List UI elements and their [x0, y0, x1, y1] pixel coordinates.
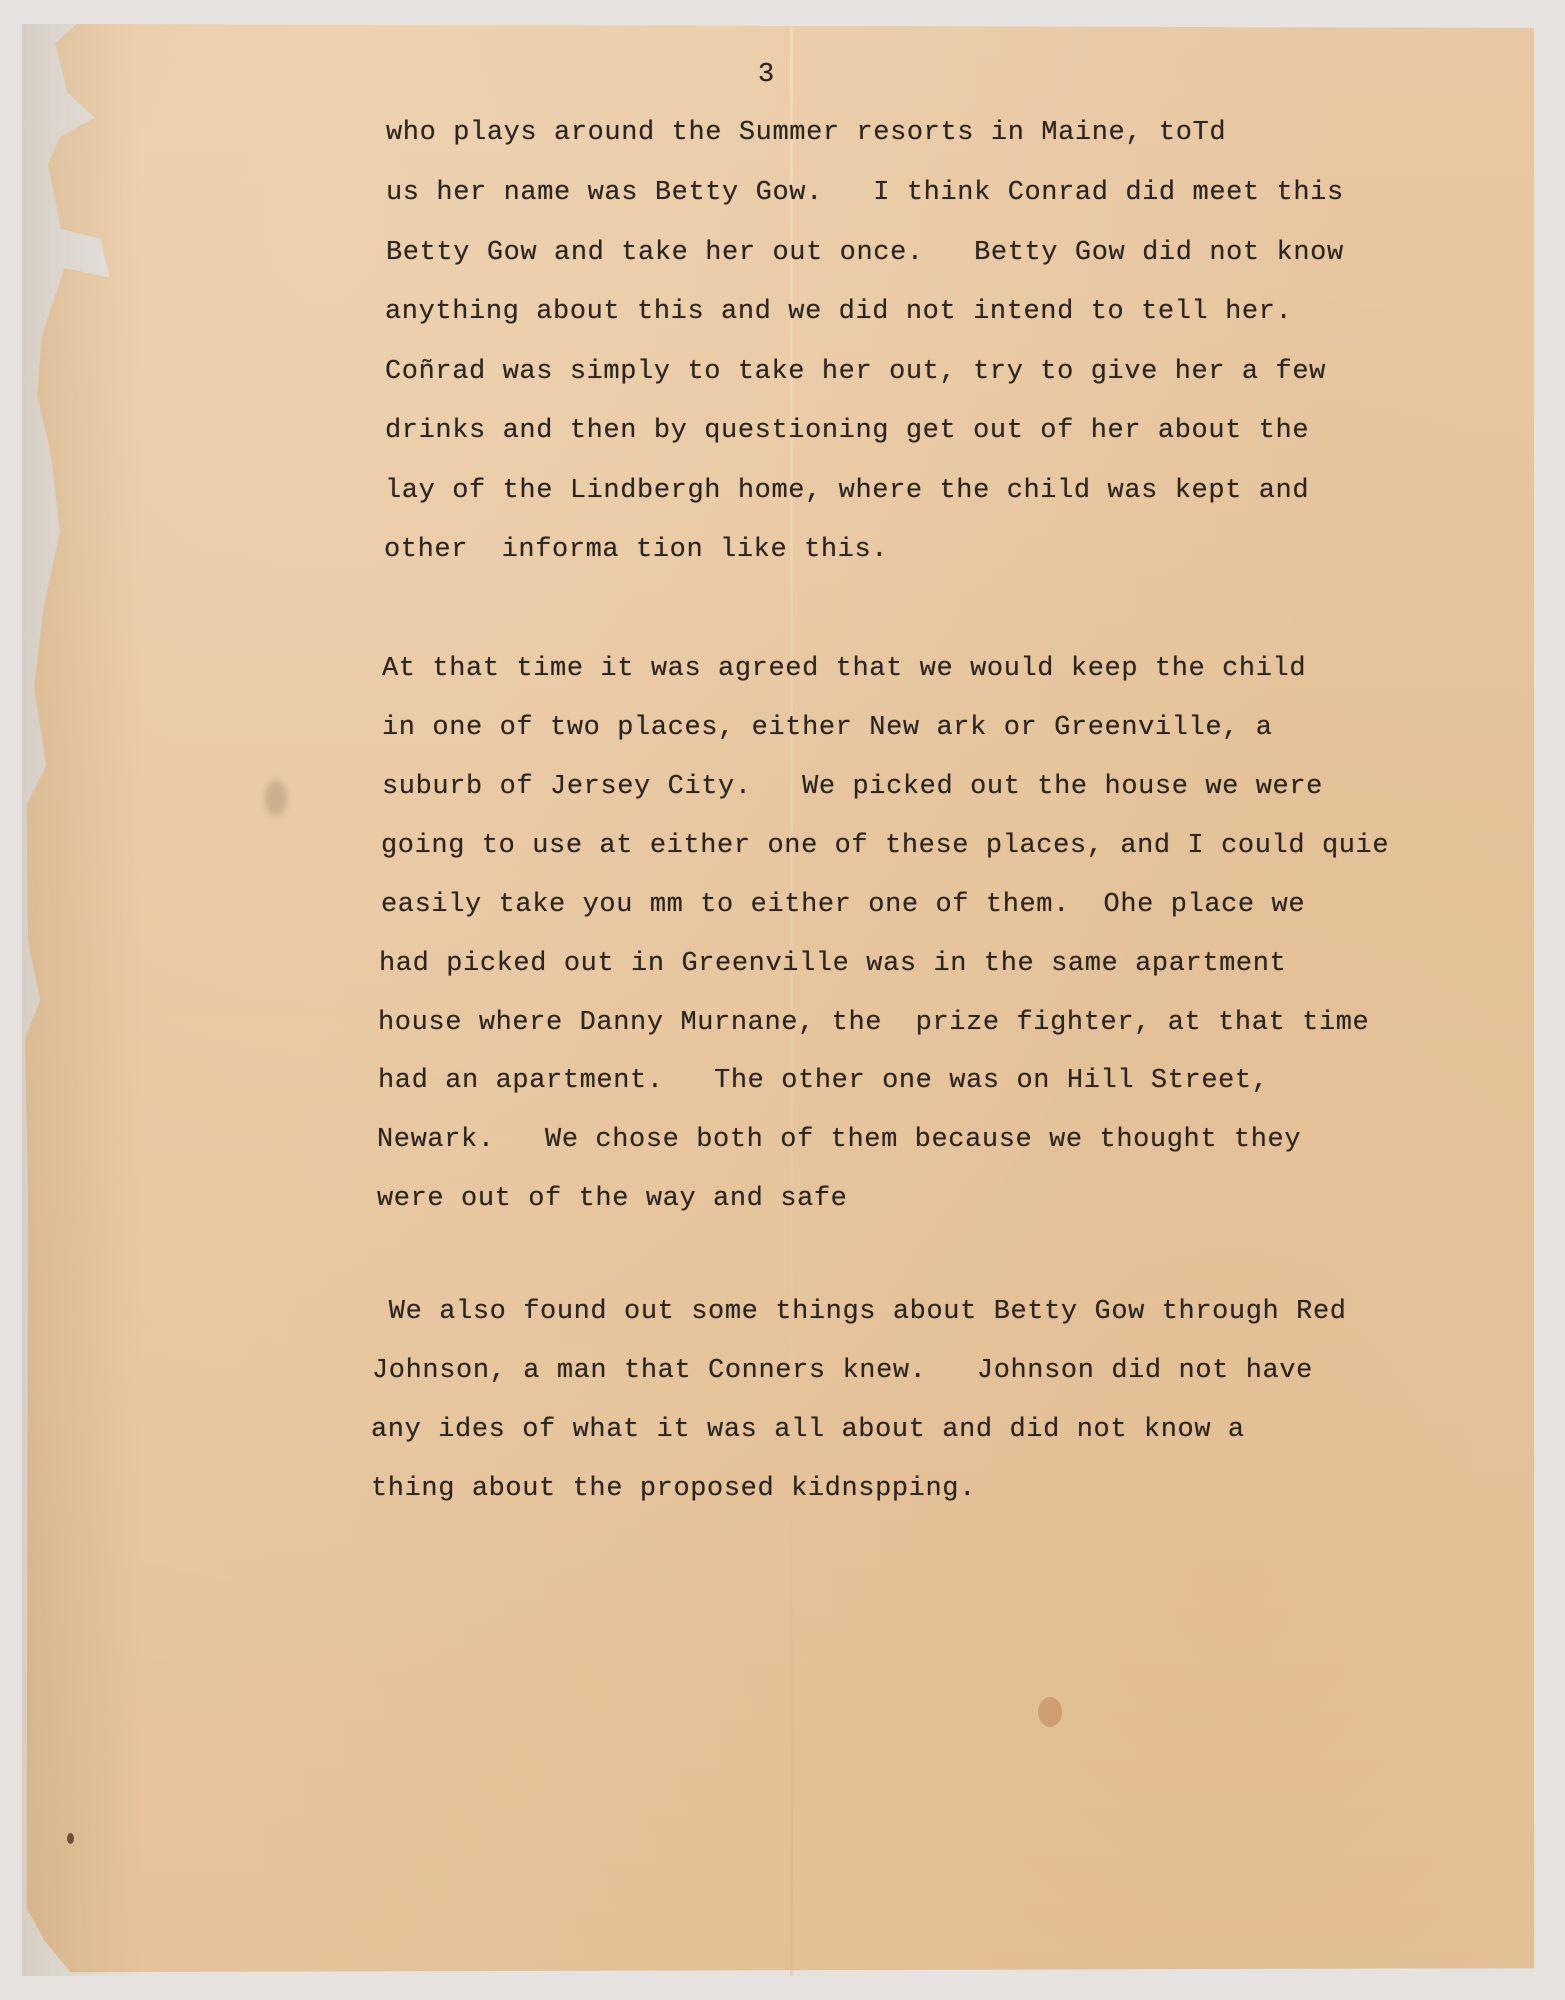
- text-line: going to use at either one of these plac…: [381, 831, 1389, 861]
- text-line: any ides of what it was all about and di…: [371, 1415, 1245, 1445]
- text-line: us her name was Betty Gow. I think Conra…: [386, 178, 1344, 208]
- text-line: lay of the Lindbergh home, where the chi…: [385, 476, 1309, 506]
- text-line: house where Danny Murnane, the prize fig…: [378, 1008, 1369, 1038]
- text-line: Johnson, a man that Conners knew. Johnso…: [372, 1356, 1313, 1386]
- stain-spot: [1038, 1697, 1062, 1727]
- text-line: other informa tion like this.: [384, 535, 888, 565]
- text-line: We also found out some things about Bett…: [372, 1297, 1347, 1327]
- text-line: anything about this and we did not inten…: [385, 297, 1292, 327]
- text-line: had picked out in Greenville was in the …: [379, 949, 1286, 979]
- text-line: were out of the way and safe: [377, 1184, 847, 1214]
- text-line: Betty Gow and take her out once. Betty G…: [386, 238, 1344, 268]
- text-line: At that time it was agreed that we would…: [382, 654, 1306, 684]
- text-line: Coñrad was simply to take her out, try t…: [385, 357, 1326, 387]
- ink-dot: [67, 1833, 74, 1844]
- text-line: Newark. We chose both of them because we…: [377, 1125, 1301, 1155]
- text-line: drinks and then by questioning get out o…: [385, 416, 1309, 446]
- text-line: suburb of Jersey City. We picked out the…: [382, 772, 1323, 802]
- text-line: thing about the proposed kidnspping.: [371, 1474, 976, 1504]
- smudge-mark: [265, 780, 287, 816]
- page-number: 3: [758, 60, 775, 90]
- text-line: in one of two places, either New ark or …: [382, 713, 1273, 743]
- text-line: had an apartment. The other one was on H…: [378, 1066, 1269, 1096]
- text-line: who plays around the Summer resorts in M…: [386, 118, 1226, 148]
- text-line: easily take you mm to either one of them…: [381, 890, 1305, 920]
